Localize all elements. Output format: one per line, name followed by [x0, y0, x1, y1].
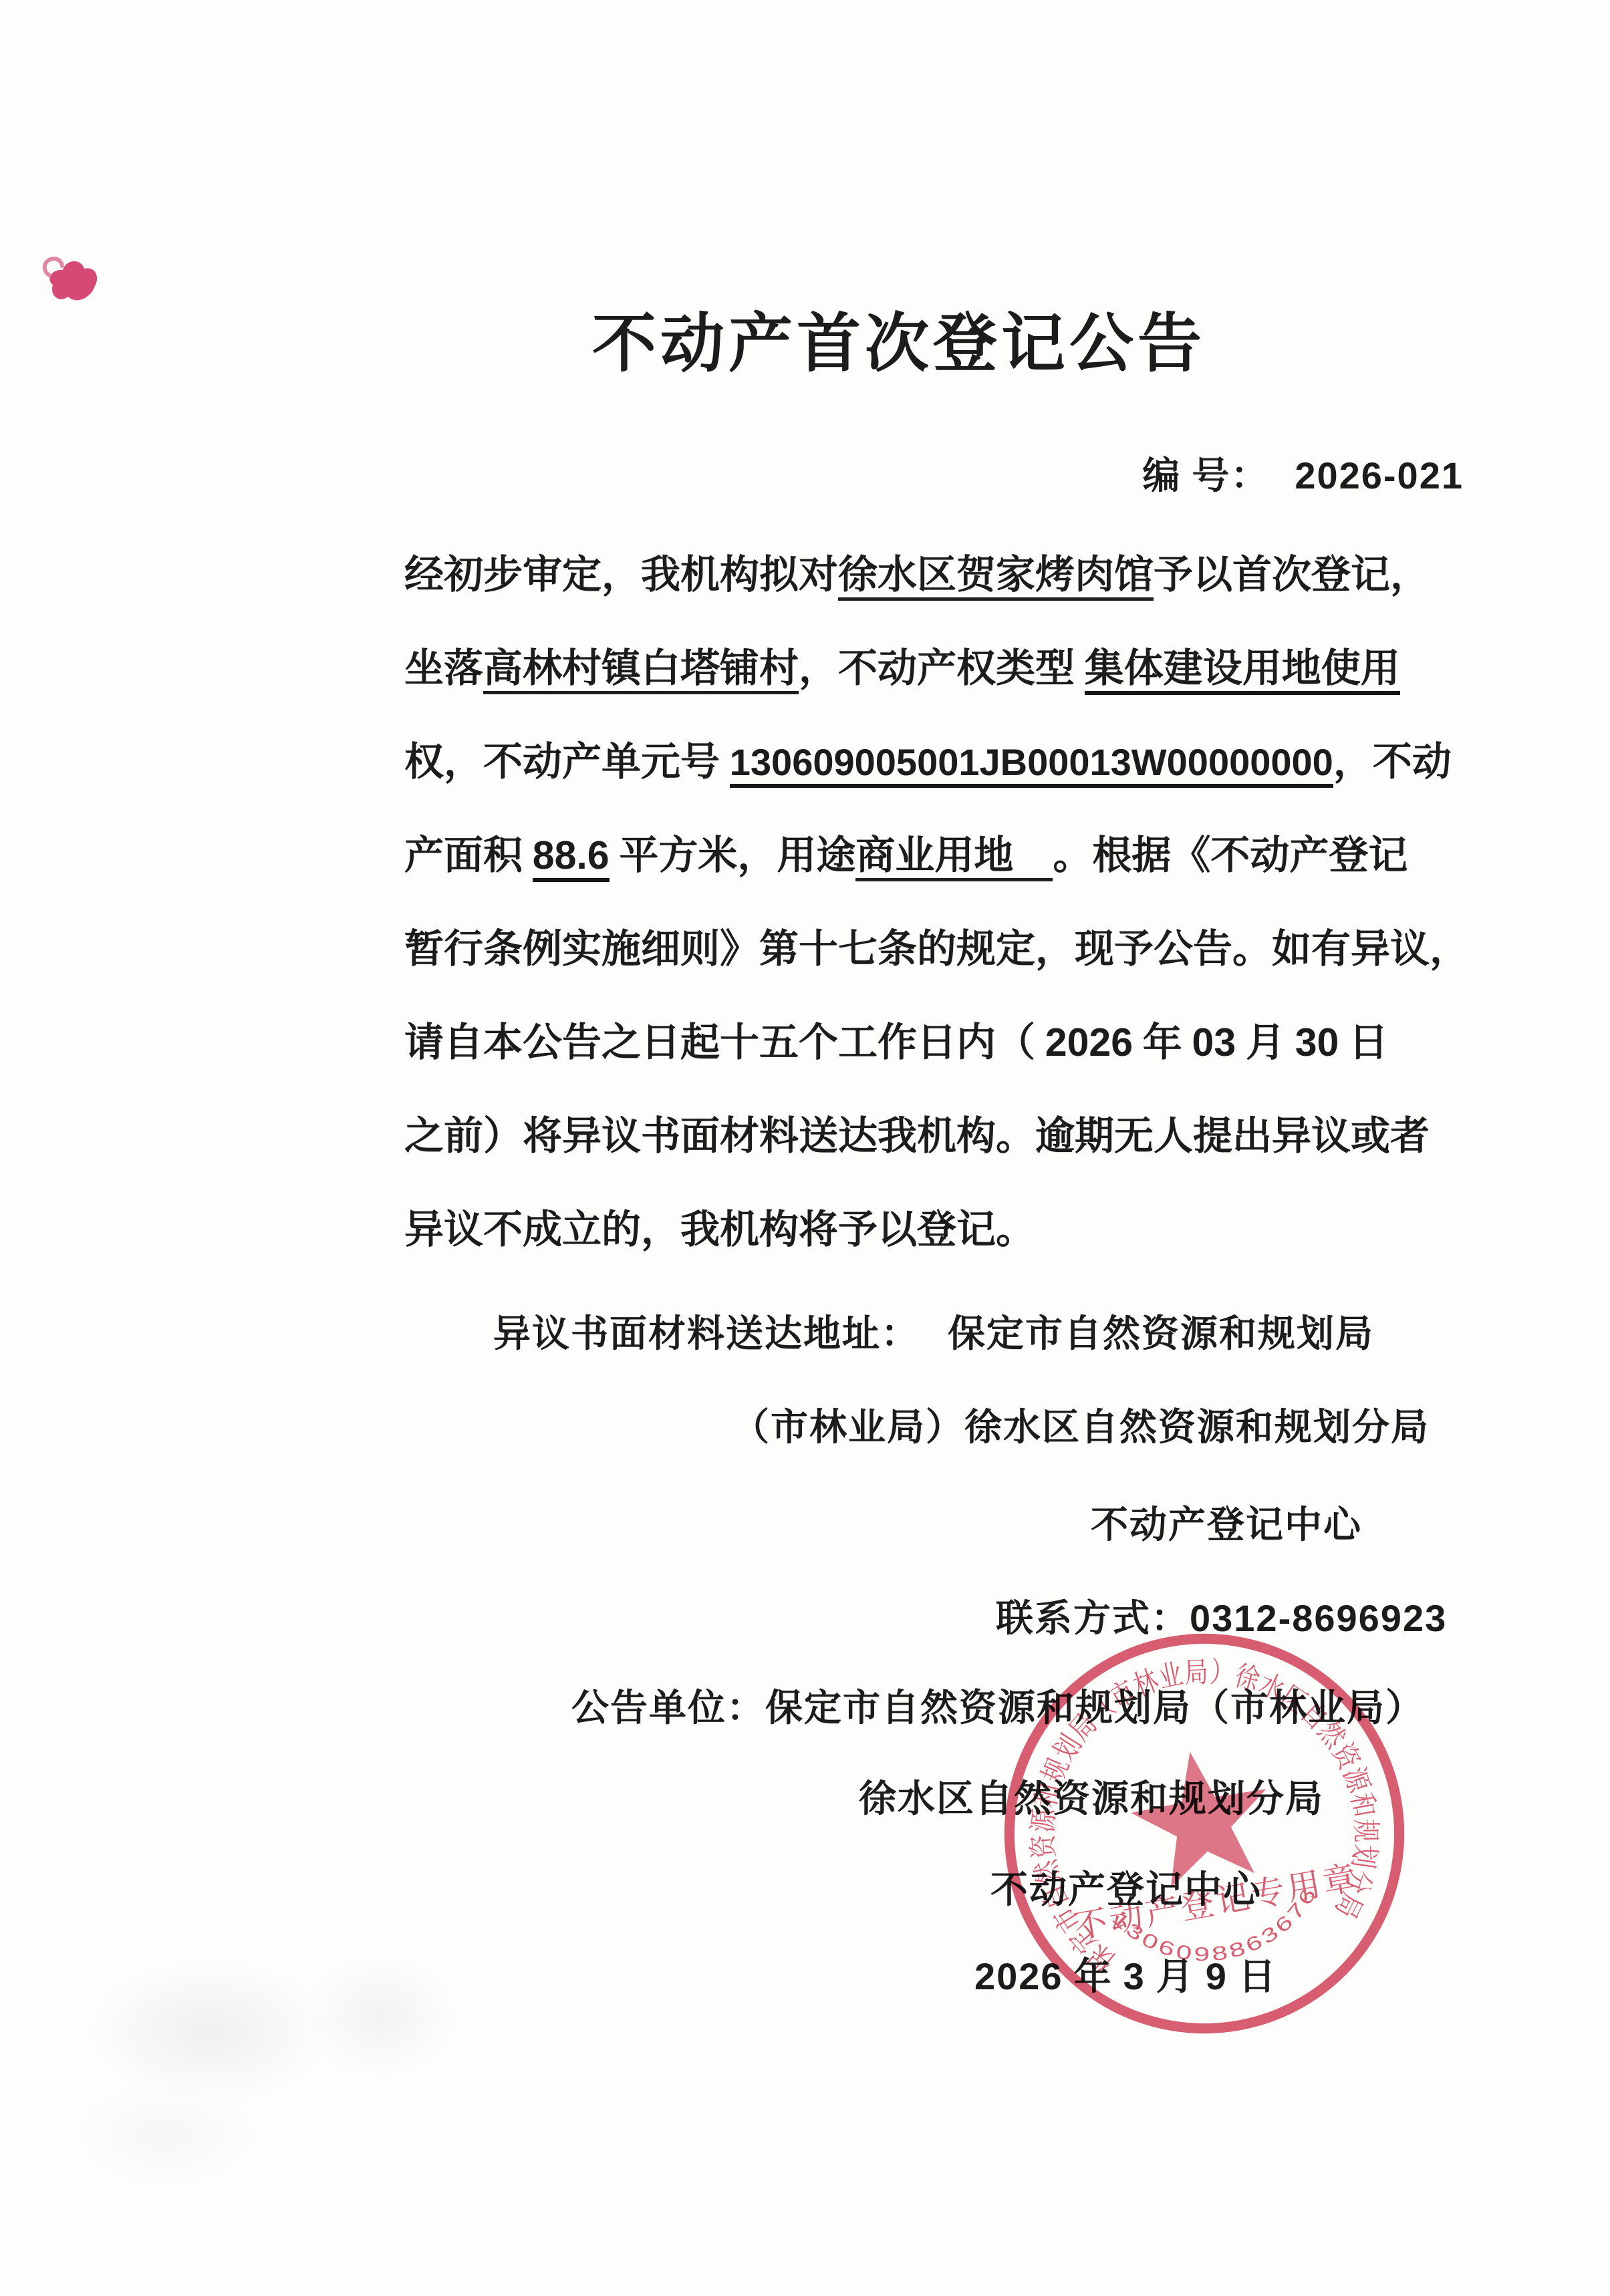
stamp-center-text: 不动产登记专用章	[1071, 1859, 1362, 1945]
body-text: 暂行条例实施细则》第十七条的规定，现予公告。如有异议，	[404, 927, 1469, 971]
body-line-2: 坐落高林村镇白塔铺村，不动产权类型 集体建设用地使用	[404, 621, 1500, 715]
objection-address-value: 保定市自然资源和规划局	[948, 1314, 1374, 1355]
body-text: 年	[1133, 1020, 1192, 1064]
body-text: 请自本公告之日起十五个工作日内（	[404, 1020, 1045, 1064]
body-line-1: 经初步审定，我机构拟对徐水区贺家烤肉馆予以首次登记，	[404, 528, 1500, 621]
body-text: 产面积	[404, 833, 533, 877]
issuer-label: 公告单位：	[571, 1688, 765, 1729]
body-text: 平方米，用途	[610, 833, 856, 877]
body-text: 异议不成立的，我机构将予以登记。	[404, 1207, 1035, 1252]
body-text: ，不动产权类型	[799, 646, 1085, 690]
body-text: 予以首次登记，	[1154, 553, 1430, 597]
area-value-underlined: 88.6	[533, 833, 610, 882]
doc-number-line: 编 号：2026-021	[1142, 446, 1464, 500]
doc-number-label: 编 号：	[1142, 456, 1269, 497]
unit-number-underlined: 130609005001JB00013W00000000	[730, 741, 1333, 788]
body-text: 日	[1339, 1020, 1388, 1064]
body-line-4: 产面积 88.6 平方米，用途商业用地 。根据《不动产登记	[404, 809, 1500, 902]
body-text: ，不动	[1333, 740, 1452, 784]
document-title: 不动产首次登记公告	[592, 293, 1206, 384]
body-text: 坐落	[404, 646, 483, 690]
body-line-5: 暂行条例实施细则》第十七条的规定，现予公告。如有异议，	[404, 902, 1500, 996]
body-line-3: 权，不动产单元号 130609005001JB00013W00000000，不动	[404, 715, 1500, 809]
property-name-underlined: 徐水区贺家烤肉馆	[838, 553, 1154, 601]
usage-underlined: 商业用地	[855, 833, 1053, 881]
deadline-year: 2026	[1045, 1020, 1133, 1064]
body-line-7: 之前）将异议书面材料送达我机构。逾期无人提出异议或者	[404, 1089, 1500, 1183]
objection-address-line-2: （市林业局）徐水区自然资源和规划分局	[732, 1398, 1430, 1451]
body-line-8: 异议不成立的，我机构将予以登记。	[404, 1183, 1500, 1276]
body-text: 。根据《不动产登记	[1053, 833, 1407, 877]
body-line-6: 请自本公告之日起十五个工作日内（ 2026 年 03 月 30 日	[404, 996, 1500, 1089]
announcement-body: 经初步审定，我机构拟对徐水区贺家烤肉馆予以首次登记， 坐落高林村镇白塔铺村，不动…	[404, 528, 1500, 1276]
deadline-day: 30	[1295, 1020, 1339, 1064]
pink-ink-blob-mark	[35, 249, 108, 315]
faint-smudge-mark	[60, 1958, 488, 2252]
right-type-underlined: 集体建设用地使用	[1085, 646, 1400, 695]
doc-number-value: 2026-021	[1295, 454, 1464, 496]
official-red-stamp: 保定市自然资源和规划局（市林业局）徐水区自然资源和规划分局 不动产登记专用章 1…	[954, 1583, 1456, 2085]
objection-address-label: 异议书面材料送达地址：	[493, 1314, 920, 1355]
ink-blob-shape	[49, 261, 97, 300]
location-underlined: 高林村镇白塔铺村	[483, 646, 799, 694]
body-text: 月	[1236, 1020, 1295, 1064]
body-text: 之前）将异议书面材料送达我机构。逾期无人提出异议或者	[404, 1114, 1430, 1158]
body-text: 经初步审定，我机构拟对	[404, 553, 838, 597]
deadline-month: 03	[1192, 1020, 1236, 1064]
body-text: 权，不动产单元号	[404, 740, 730, 784]
objection-address-line-3: 不动产登记中心	[1091, 1495, 1362, 1549]
scanned-document-page: 不动产首次登记公告 编 号：2026-021 经初步审定，我机构拟对徐水区贺家烤…	[0, 0, 1610, 2296]
objection-address-line-1: 异议书面材料送达地址：保定市自然资源和规划局	[493, 1304, 1374, 1358]
stamp-star-icon	[1122, 1740, 1280, 1892]
